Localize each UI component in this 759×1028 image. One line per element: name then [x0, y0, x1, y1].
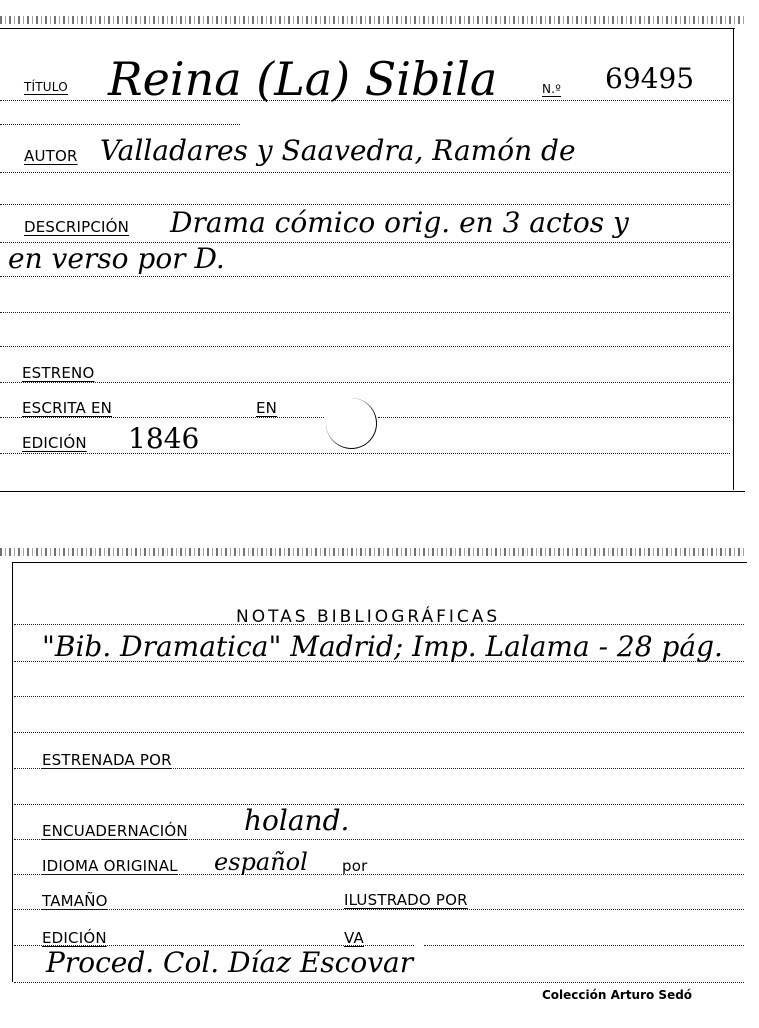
descripcion-value-line2: en verso por D. [8, 242, 225, 275]
rule-line [0, 124, 240, 125]
procedencia-line [14, 982, 744, 983]
escrita-en-line-right [378, 417, 730, 418]
scan-edge-noise [0, 548, 745, 556]
encuadernacion-label: ENCUADERNACIÓN [42, 822, 188, 840]
numero-label: N.º [542, 82, 561, 96]
descripcion-value-line1: Drama cómico orig. en 3 actos y [170, 206, 629, 239]
estreno-label: ESTRENO [22, 364, 95, 382]
card-right-border [733, 28, 734, 490]
estreno-line [0, 382, 730, 383]
autor-label: AUTOR [24, 147, 78, 165]
autor-line [0, 172, 730, 173]
procedencia-value: Proced. Col. Díaz Escovar [46, 946, 413, 979]
rule-line [0, 312, 730, 313]
notas-line [14, 661, 744, 662]
estrenada-por-line [14, 768, 744, 769]
edicion-back-line-right [424, 945, 744, 946]
card-top-border [12, 562, 747, 563]
punch-hole [326, 398, 377, 449]
autor-value: Valladares y Saavedra, Ramón de [100, 134, 576, 167]
heading-line [14, 624, 744, 625]
titulo-line [0, 100, 730, 101]
escrita-en-label: ESCRITA EN [22, 399, 112, 417]
rule-line [0, 204, 730, 205]
rule-line [0, 276, 730, 277]
rule-line [14, 804, 744, 805]
card-bottom-border [0, 491, 745, 492]
encuadernacion-line [14, 839, 744, 840]
card-top-border [0, 28, 735, 29]
idioma-original-value: español [214, 848, 308, 876]
coleccion-footer: Colección Arturo Sedó [542, 988, 692, 1002]
en-label: EN [256, 399, 277, 417]
edicion-value: 1846 [128, 422, 199, 455]
estrenada-por-label: ESTRENADA POR [42, 751, 172, 769]
idioma-original-line [14, 874, 744, 875]
ilustrado-por-label: ILUSTRADO POR [344, 891, 468, 909]
tamano-line [14, 909, 744, 910]
rule-line [0, 346, 730, 347]
escrita-en-line [0, 417, 324, 418]
titulo-label: TÍTULO [24, 80, 68, 94]
edicion-line [0, 453, 730, 454]
card-left-border [12, 562, 13, 982]
rule-line [14, 696, 744, 697]
idioma-original-label: IDIOMA ORIGINAL [42, 857, 178, 875]
scan-edge-noise [0, 16, 745, 24]
titulo-value: Reina (La) Sibila [108, 52, 497, 106]
idioma-original-por-label: por [342, 857, 367, 875]
notas-value: "Bib. Dramatica" Madrid; Imp. Lalama - 2… [42, 630, 723, 663]
encuadernacion-value: holand. [244, 804, 349, 837]
tamano-label: TAMAÑO [42, 892, 108, 910]
descripcion-label: DESCRIPCIÓN [24, 218, 129, 236]
rule-line [14, 732, 744, 733]
numero-value: 69495 [605, 62, 694, 95]
edicion-label: EDICIÓN [22, 434, 87, 452]
